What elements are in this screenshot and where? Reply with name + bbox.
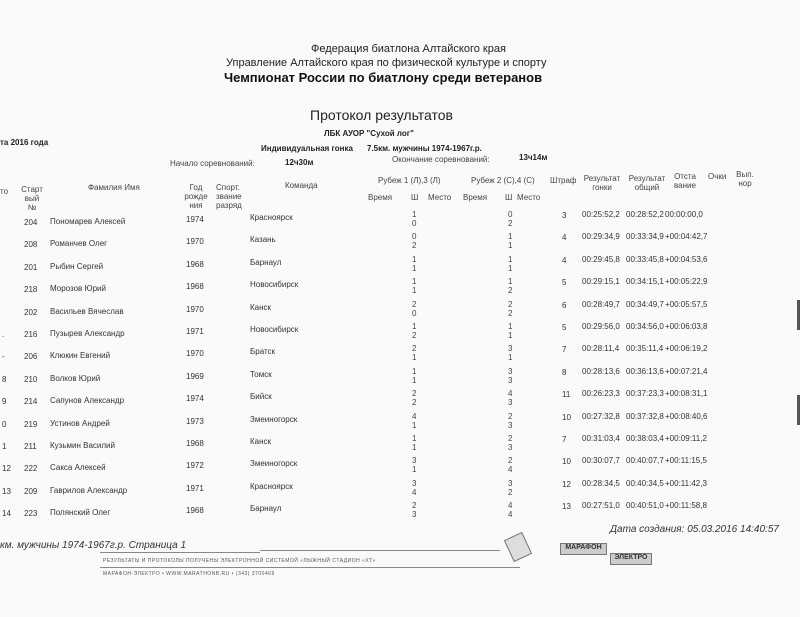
race-result-cell: 00:28:49,7 xyxy=(582,300,620,309)
gap-cell: 00:00:00,0 xyxy=(665,210,703,219)
race-result-cell: 00:28:11,4 xyxy=(582,344,619,353)
footer-notice: РЕЗУЛЬТАТЫ И ПРОТОКОЛЫ ПОЛУЧЕНЫ ЭЛЕКТРОН… xyxy=(103,558,376,564)
place-cell: 1 xyxy=(2,442,6,451)
r2-shot-a: 1 xyxy=(508,232,512,241)
name-cell: Пузырев Александр xyxy=(50,329,125,338)
bib-cell: 214 xyxy=(24,397,37,406)
name-cell: Клюкин Евгений xyxy=(50,351,110,360)
team-cell: Казань xyxy=(250,235,276,244)
r2-shot-b: 1 xyxy=(508,264,512,273)
event-date: та 2016 года xyxy=(0,138,48,147)
place-cell: - xyxy=(2,352,5,361)
total-result-cell: 00:37:23,3 xyxy=(626,389,664,398)
r1-shot-b: 0 xyxy=(412,309,416,318)
race-type: Индивидуальная гонка xyxy=(261,144,353,153)
penalty-cell: 4 xyxy=(562,233,566,242)
year-cell: 1968 xyxy=(186,282,204,291)
year-cell: 1968 xyxy=(186,439,204,448)
race-result-cell: 00:27:51,0 xyxy=(582,501,620,510)
col-norm: Вып. нор xyxy=(733,170,757,188)
team-cell: Бийск xyxy=(250,392,272,401)
bib-cell: 210 xyxy=(24,375,37,384)
race-result-cell: 00:25:52,2 xyxy=(582,210,620,219)
r2-shot-b: 3 xyxy=(508,443,512,452)
bib-cell: 211 xyxy=(24,442,37,451)
end-label: Окончание соревнований: xyxy=(392,155,490,164)
col-team: Команда xyxy=(285,181,318,190)
year-cell: 1971 xyxy=(186,327,204,336)
name-cell: Сапунов Александр xyxy=(50,396,124,405)
r2-shot-a: 2 xyxy=(508,434,512,443)
name-cell: Васильев Вячеслав xyxy=(50,307,124,316)
r2-shot-a: 3 xyxy=(508,344,512,353)
r2-shot-b: 1 xyxy=(508,241,512,250)
gap-cell: +00:11:15,5 xyxy=(665,456,707,465)
name-cell: Романчев Олег xyxy=(50,239,107,248)
col-bib: Старт вый № xyxy=(20,185,44,212)
name-cell: Волков Юрий xyxy=(50,374,100,383)
col-penalty: Штраф xyxy=(550,176,576,185)
championship-title: Чемпионат России по биатлону среди ветер… xyxy=(224,70,542,85)
race-result-cell: 00:29:56,0 xyxy=(582,322,620,331)
penalty-cell: 11 xyxy=(562,390,570,399)
penalty-cell: 5 xyxy=(562,278,566,287)
col-gap: Отста вание xyxy=(670,172,700,190)
r1-shot-a: 1 xyxy=(412,322,416,331)
col-points: Очки xyxy=(708,172,726,181)
r2-shot-a: 4 xyxy=(508,501,512,510)
administration-title: Управление Алтайского края по физической… xyxy=(226,57,546,69)
footer-rule-top-right xyxy=(260,550,500,551)
start-time: 12ч30м xyxy=(285,158,313,167)
r1-shot-a: 1 xyxy=(412,255,416,264)
name-cell: Пономарев Алексей xyxy=(50,217,125,226)
gap-cell: +00:06:03,8 xyxy=(665,322,707,331)
r2-shot-a: 1 xyxy=(508,255,512,264)
penalty-cell: 4 xyxy=(562,256,566,265)
venue: ЛБК АУОР "Сухой лог" xyxy=(324,129,414,138)
total-result-cell: 00:33:34,9 xyxy=(626,232,664,241)
penalty-cell: 7 xyxy=(562,345,566,354)
r2-shot-a: 1 xyxy=(508,322,512,331)
team-cell: Томск xyxy=(250,370,272,379)
year-cell: 1973 xyxy=(186,417,204,426)
gap-cell: +00:04:42,7 xyxy=(665,232,707,241)
r2-shot-a: 1 xyxy=(508,277,512,286)
r2-shot-b: 3 xyxy=(508,398,512,407)
r1-shot-a: 0 xyxy=(412,232,416,241)
end-time: 13ч14м xyxy=(519,153,547,162)
brand-logo-top: МАРАФОН xyxy=(560,543,607,555)
r2-shot-a: 2 xyxy=(508,456,512,465)
r1-shot-b: 1 xyxy=(412,264,416,273)
col-range1: Рубеж 1 (Л),3 (Л) xyxy=(378,176,441,185)
place-cell: 9 xyxy=(2,397,6,406)
gap-cell: +00:07:21,4 xyxy=(665,367,707,376)
r1-shot-b: 1 xyxy=(412,443,416,452)
bib-cell: 206 xyxy=(24,352,37,361)
total-result-cell: 00:34:56,0 xyxy=(626,322,664,331)
brand-logo-bottom: ЭЛЕКТРО xyxy=(610,553,652,565)
name-cell: Кузьмин Василий xyxy=(50,441,115,450)
start-label: Начало соревнований: xyxy=(170,159,255,168)
gap-cell: +00:05:22,9 xyxy=(665,277,707,286)
col-name: Фамилия Имя xyxy=(88,183,140,192)
r2-shot-b: 1 xyxy=(508,331,512,340)
team-cell: Новосибирск xyxy=(250,280,298,289)
r2-shot-a: 0 xyxy=(508,210,512,219)
bib-cell: 216 xyxy=(24,330,37,339)
total-result-cell: 00:40:51,0 xyxy=(626,501,664,510)
penalty-cell: 5 xyxy=(562,323,566,332)
r1-shot-b: 1 xyxy=(412,353,416,362)
r1-shot-a: 4 xyxy=(412,412,416,421)
r1-shot-a: 1 xyxy=(412,277,416,286)
total-result-cell: 00:37:32,8 xyxy=(626,412,664,421)
r2-shot-b: 2 xyxy=(508,286,512,295)
total-result-cell: 00:33:45,8 xyxy=(626,255,664,264)
bib-cell: 208 xyxy=(24,240,37,249)
bib-cell: 222 xyxy=(24,464,37,473)
r1-shot-b: 2 xyxy=(412,331,416,340)
col-total-result: Результат общий xyxy=(625,174,669,192)
gap-cell: +00:06:19,2 xyxy=(665,344,707,353)
federation-title: Федерация биатлона Алтайского края xyxy=(311,43,506,55)
r1-shot-a: 1 xyxy=(412,367,416,376)
team-cell: Новосибирск xyxy=(250,325,298,334)
bib-cell: 202 xyxy=(24,308,37,317)
r2-shot-a: 2 xyxy=(508,300,512,309)
protocol-title: Протокол результатов xyxy=(310,107,453,123)
gap-cell: +00:05:57,5 xyxy=(665,300,707,309)
total-result-cell: 00:36:13,6 xyxy=(626,367,664,376)
penalty-cell: 10 xyxy=(562,413,571,422)
bib-cell: 204 xyxy=(24,218,37,227)
race-result-cell: 00:29:45,8 xyxy=(582,255,620,264)
place-cell: 14 xyxy=(2,509,11,518)
bib-cell: 219 xyxy=(24,420,37,429)
r1-shot-b: 3 xyxy=(412,510,416,519)
r2-shot-a: 3 xyxy=(508,479,512,488)
total-result-cell: 00:28:52,2 xyxy=(626,210,664,219)
r1-shot-a: 2 xyxy=(412,344,416,353)
penalty-cell: 8 xyxy=(562,368,566,377)
total-result-cell: 00:35:11,4 xyxy=(626,344,663,353)
r1-shot-a: 2 xyxy=(412,501,416,510)
r2-shot-b: 3 xyxy=(508,421,512,430)
r1-shot-a: 2 xyxy=(412,300,416,309)
penalty-cell: 7 xyxy=(562,435,566,444)
bib-cell: 201 xyxy=(24,263,37,272)
r2-shot-b: 2 xyxy=(508,309,512,318)
race-result-cell: 00:28:13,6 xyxy=(582,367,620,376)
total-result-cell: 00:38:03,4 xyxy=(626,434,664,443)
col-range1-shots: Ш xyxy=(411,193,418,202)
r1-shot-b: 1 xyxy=(412,421,416,430)
r2-shot-a: 2 xyxy=(508,412,512,421)
page-caption: км. мужчины 1974-1967г.р. Страница 1 xyxy=(0,540,186,551)
r1-shot-b: 0 xyxy=(412,219,416,228)
name-cell: Сакса Алексей xyxy=(50,463,106,472)
total-result-cell: 00:34:49,7 xyxy=(626,300,664,309)
col-range2-place: Место xyxy=(517,193,540,202)
bib-cell: 209 xyxy=(24,487,37,496)
place-cell: 0 xyxy=(2,420,6,429)
race-result-cell: 00:29:15,1 xyxy=(582,277,620,286)
r2-shot-b: 4 xyxy=(508,465,512,474)
year-cell: 1972 xyxy=(186,461,204,470)
r2-shot-a: 3 xyxy=(508,367,512,376)
gap-cell: +00:09:11,2 xyxy=(665,434,707,443)
total-result-cell: 00:40:07,7 xyxy=(626,456,664,465)
col-range2-time: Время xyxy=(463,193,487,202)
place-cell: 8 xyxy=(2,375,6,384)
name-cell: Устинов Андрей xyxy=(50,419,110,428)
penalty-cell: 10 xyxy=(562,457,571,466)
total-result-cell: 00:34:15,1 xyxy=(626,277,664,286)
name-cell: Рыбин Сергей xyxy=(50,262,103,271)
col-range1-place: Место xyxy=(428,193,451,202)
race-result-cell: 00:26:23,3 xyxy=(582,389,620,398)
team-cell: Красноярск xyxy=(250,482,293,491)
gap-cell: +00:11:42,3 xyxy=(665,479,707,488)
creation-date: Дата создания: 05.03.2016 14:40:57 xyxy=(610,524,779,535)
r1-shot-b: 4 xyxy=(412,488,416,497)
r2-shot-b: 3 xyxy=(508,376,512,385)
place-cell: 13 xyxy=(2,487,11,496)
penalty-cell: 3 xyxy=(562,211,566,220)
team-cell: Братск xyxy=(250,347,275,356)
race-result-cell: 00:28:34,5 xyxy=(582,479,620,488)
footer-rule-top xyxy=(100,552,260,553)
year-cell: 1968 xyxy=(186,506,204,515)
place-cell: . xyxy=(2,330,4,339)
gap-cell: +00:08:31,1 xyxy=(665,389,707,398)
footer-contact: МАРАФОН-ЭЛЕКТРО • WWW.MARATHONB.RU • (34… xyxy=(103,571,275,577)
team-cell: Змеиногорск xyxy=(250,415,297,424)
name-cell: Полянский Олег xyxy=(50,508,110,517)
r1-shot-a: 3 xyxy=(412,479,416,488)
penalty-cell: 12 xyxy=(562,480,571,489)
r1-shot-b: 1 xyxy=(412,465,416,474)
footer-rule-mid xyxy=(100,567,520,568)
r1-shot-b: 1 xyxy=(412,376,416,385)
team-cell: Барнаул xyxy=(250,258,281,267)
team-cell: Красноярск xyxy=(250,213,293,222)
place-cell: 12 xyxy=(2,464,11,473)
name-cell: Гаврилов Александр xyxy=(50,486,127,495)
r1-shot-b: 1 xyxy=(412,286,416,295)
r1-shot-b: 2 xyxy=(412,398,416,407)
r2-shot-a: 4 xyxy=(508,389,512,398)
race-result-cell: 00:30:07,7 xyxy=(582,456,620,465)
r1-shot-a: 2 xyxy=(412,389,416,398)
r1-shot-a: 1 xyxy=(412,210,416,219)
team-cell: Канск xyxy=(250,303,271,312)
year-cell: 1968 xyxy=(186,260,204,269)
col-range2: Рубеж 2 (С),4 (С) xyxy=(471,176,535,185)
col-range1-time: Время xyxy=(368,193,392,202)
penalty-cell: 6 xyxy=(562,301,566,310)
year-cell: 1974 xyxy=(186,394,204,403)
skier-logo-icon xyxy=(504,532,532,562)
penalty-cell: 13 xyxy=(562,502,571,511)
r1-shot-a: 1 xyxy=(412,434,416,443)
race-result-cell: 00:27:32,8 xyxy=(582,412,620,421)
year-cell: 1970 xyxy=(186,305,204,314)
r1-shot-a: 3 xyxy=(412,456,416,465)
gap-cell: +00:11:58,8 xyxy=(665,501,707,510)
r2-shot-b: 4 xyxy=(508,510,512,519)
col-year: Год рожде ния xyxy=(183,183,209,210)
year-cell: 1970 xyxy=(186,237,204,246)
col-race-result: Результат гонки xyxy=(580,174,624,192)
bib-cell: 218 xyxy=(24,285,37,294)
race-result-cell: 00:29:34,9 xyxy=(582,232,620,241)
team-cell: Змеиногорск xyxy=(250,459,297,468)
total-result-cell: 00:40:34,5 xyxy=(626,479,664,488)
race-category: 7.5км. мужчины 1974-1967г.р. xyxy=(367,144,482,153)
year-cell: 1974 xyxy=(186,215,204,224)
year-cell: 1971 xyxy=(186,484,204,493)
r1-shot-b: 2 xyxy=(412,241,416,250)
race-result-cell: 00:31:03,4 xyxy=(582,434,620,443)
r2-shot-b: 2 xyxy=(508,488,512,497)
col-rank: Спорт. звание разряд xyxy=(216,183,246,210)
r2-shot-b: 1 xyxy=(508,353,512,362)
name-cell: Морозов Юрий xyxy=(50,284,106,293)
col-place: то xyxy=(0,187,8,196)
team-cell: Барнаул xyxy=(250,504,281,513)
gap-cell: +00:04:53,6 xyxy=(665,255,707,264)
team-cell: Канск xyxy=(250,437,271,446)
year-cell: 1969 xyxy=(186,372,204,381)
year-cell: 1970 xyxy=(186,349,204,358)
r2-shot-b: 2 xyxy=(508,219,512,228)
bib-cell: 223 xyxy=(24,509,37,518)
col-range2-shots: Ш xyxy=(505,193,512,202)
gap-cell: +00:08:40,6 xyxy=(665,412,707,421)
